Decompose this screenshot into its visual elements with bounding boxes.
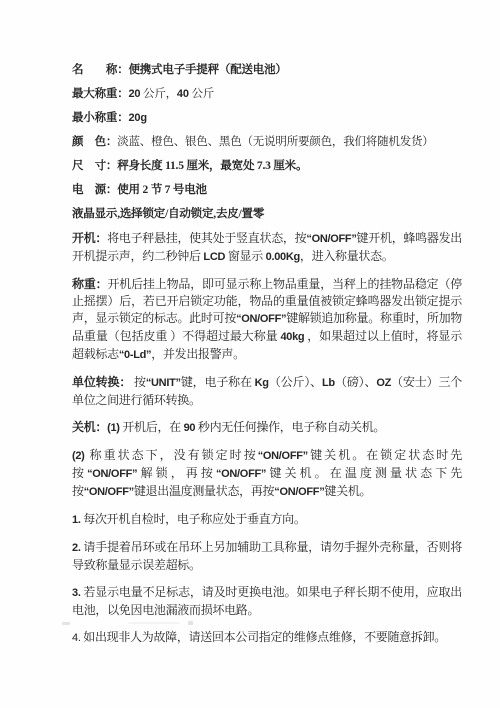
text-segment: 秒内无任何操作，电子称自动关机。 <box>195 420 385 434</box>
text-segment: 键退出温度测量状态，再按 <box>134 484 274 498</box>
text-segment: 键，电子称在 <box>181 375 255 389</box>
text-segment: 颜 色： <box>72 136 117 148</box>
text-segment: 淡蓝、橙色、银色、黑色（无说明所要颜色，我们将随机发货） <box>117 136 433 148</box>
text-segment: “ON/OFF” <box>236 313 286 325</box>
text-segment: 最大称重： <box>72 88 129 100</box>
text-segment: “ON/OFF” <box>274 486 324 498</box>
text-segment: 开机后，在 <box>120 420 184 434</box>
spec-name: 名 称：便携式电子手提秤（配送电池） <box>72 62 462 78</box>
text-segment: 公斤， <box>140 88 177 100</box>
text-segment: 若显示电量不足标志，请及时更换电池。如果电子秤长期不使用，应取出电池，以免因电池… <box>72 585 462 617</box>
text-segment: 称重状态下，没有锁定时按 <box>85 448 258 462</box>
spec-power: 电 源：使用 2 节 7 号电池 <box>72 182 462 198</box>
text-segment: 最小称重： <box>72 112 129 124</box>
text-segment: OZ <box>376 377 391 389</box>
text-segment: 公斤 <box>189 88 214 100</box>
text-segment: 请手提着吊环或在吊环上另加辅助工具称量，请勿手握外壳称量，否则将导致称量显示误差… <box>72 540 462 572</box>
spec-max-weight: 最大称重：20 公斤，40 公斤 <box>72 86 462 102</box>
note-2: 2. 请手提着吊环或在吊环上另加辅助工具称量，请勿手握外壳称量，否则将导致称量显… <box>72 539 462 574</box>
text-segment: “ON/OFF” <box>84 486 134 498</box>
text-segment: 1. <box>72 514 81 526</box>
text-segment: Kg <box>255 377 269 389</box>
text-segment: 0.00Kg <box>266 251 300 263</box>
spec-size: 尺 寸：秤身长度 11.5 厘米，最宽处 7.3 厘米。 <box>72 158 462 174</box>
text-segment: “ON/OFF” <box>258 450 308 462</box>
text-segment: 名 称： <box>72 64 129 76</box>
text-segment: 按 <box>131 375 146 389</box>
text-segment: 3. <box>72 587 81 599</box>
text-segment: “ON/OFF” <box>216 468 266 480</box>
text-segment: 20 <box>129 88 141 100</box>
text-segment: 解锁，再按 <box>137 466 216 480</box>
text-segment: 40 <box>177 88 189 100</box>
text-segment: “0-Ld” <box>119 349 151 361</box>
text-segment: 90 <box>184 422 196 434</box>
faint-smudge <box>62 614 210 624</box>
text-segment: ，并发出报警声。 <box>151 347 245 361</box>
note-4: 4. 如出现非人为故障，请送回本公司指定的维修点维修，不要随意拆卸。 <box>72 629 462 647</box>
para-power-on: 开机：将电子秤悬挂，使其处于竖直状态，按“ON/OFF”键开机，蜂鸣器发出开机提… <box>72 230 462 266</box>
text-segment: 单位转换： <box>72 375 131 389</box>
text-segment: (2) <box>72 450 85 462</box>
text-segment: 窗显示 <box>225 249 266 263</box>
text-segment: 将电子秤悬挂，使其处于竖直状态，按 <box>107 231 306 245</box>
text-segment: 如出现非人为故障，请送回本公司指定的维修点维修，不要随意拆卸。 <box>81 630 446 644</box>
text-segment: 关机： <box>72 420 107 434</box>
text-segment: 液晶显示,选择锁定/自动锁定,去皮/置零 <box>72 208 264 220</box>
spec-min-weight: 最小称重：20g <box>72 110 462 126</box>
text-segment: LCD <box>203 251 225 263</box>
para-weighing: 称重：开机后挂上物品，即可显示称上物品重量，当秤上的挂物品稳定（停止摇摆）后，若… <box>72 276 462 364</box>
para-power-off-1: 关机：(1) 开机后，在 90 秒内无任何操作，电子称自动关机。 <box>72 419 462 437</box>
text-segment: 2. <box>72 542 81 554</box>
text-segment: 键关机。 <box>324 484 371 498</box>
spec-display-features: 液晶显示,选择锁定/自动锁定,去皮/置零 <box>72 206 462 222</box>
text-segment: “ON/OFF” <box>87 468 137 480</box>
text-segment: Lb <box>322 377 335 389</box>
text-segment: 秤身长度 11.5 厘米，最宽处 7.3 厘米。 <box>117 160 307 172</box>
text-segment: ，进入称量状态。 <box>300 249 394 263</box>
text-segment: （磅）、 <box>335 375 376 389</box>
text-segment: “UNIT” <box>146 377 181 389</box>
para-unit-switch: 单位转换： 按“UNIT”键，电子称在 Kg（公斤）、Lb（磅）、OZ（安士）三… <box>72 374 462 409</box>
text-segment: 称重： <box>72 277 107 291</box>
text-segment: （公斤）、 <box>269 375 322 389</box>
document-page: 名 称：便携式电子手提秤（配送电池）最大称重：20 公斤，40 公斤最小称重：2… <box>0 0 500 708</box>
text-segment: 尺 寸： <box>72 160 117 172</box>
text-segment: 电 源： <box>72 184 117 196</box>
spec-color: 颜 色：淡蓝、橙色、银色、黑色（无说明所要颜色，我们将随机发货） <box>72 134 462 150</box>
text-segment: “ON/OFF” <box>306 233 356 245</box>
text-segment: 开机： <box>72 231 107 245</box>
text-segment: 4. <box>72 632 81 644</box>
text-segment: 20g <box>129 112 147 124</box>
text-segment: 40kg <box>280 331 304 343</box>
para-power-off-2: (2) 称重状态下，没有锁定时按“ON/OFF”键关机。在锁定状态时先按“ON/… <box>72 447 462 501</box>
note-1: 1. 每次开机自检时，电子称应处于垂直方向。 <box>72 511 462 529</box>
document-content: 名 称：便携式电子手提秤（配送电池）最大称重：20 公斤，40 公斤最小称重：2… <box>72 62 462 647</box>
text-segment: (1) <box>107 422 120 434</box>
text-segment: 每次开机自检时，电子称应处于垂直方向。 <box>81 512 306 526</box>
text-segment: 便携式电子手提秤（配送电池） <box>129 64 287 76</box>
text-segment: 使用 2 节 7 号电池 <box>117 184 207 196</box>
